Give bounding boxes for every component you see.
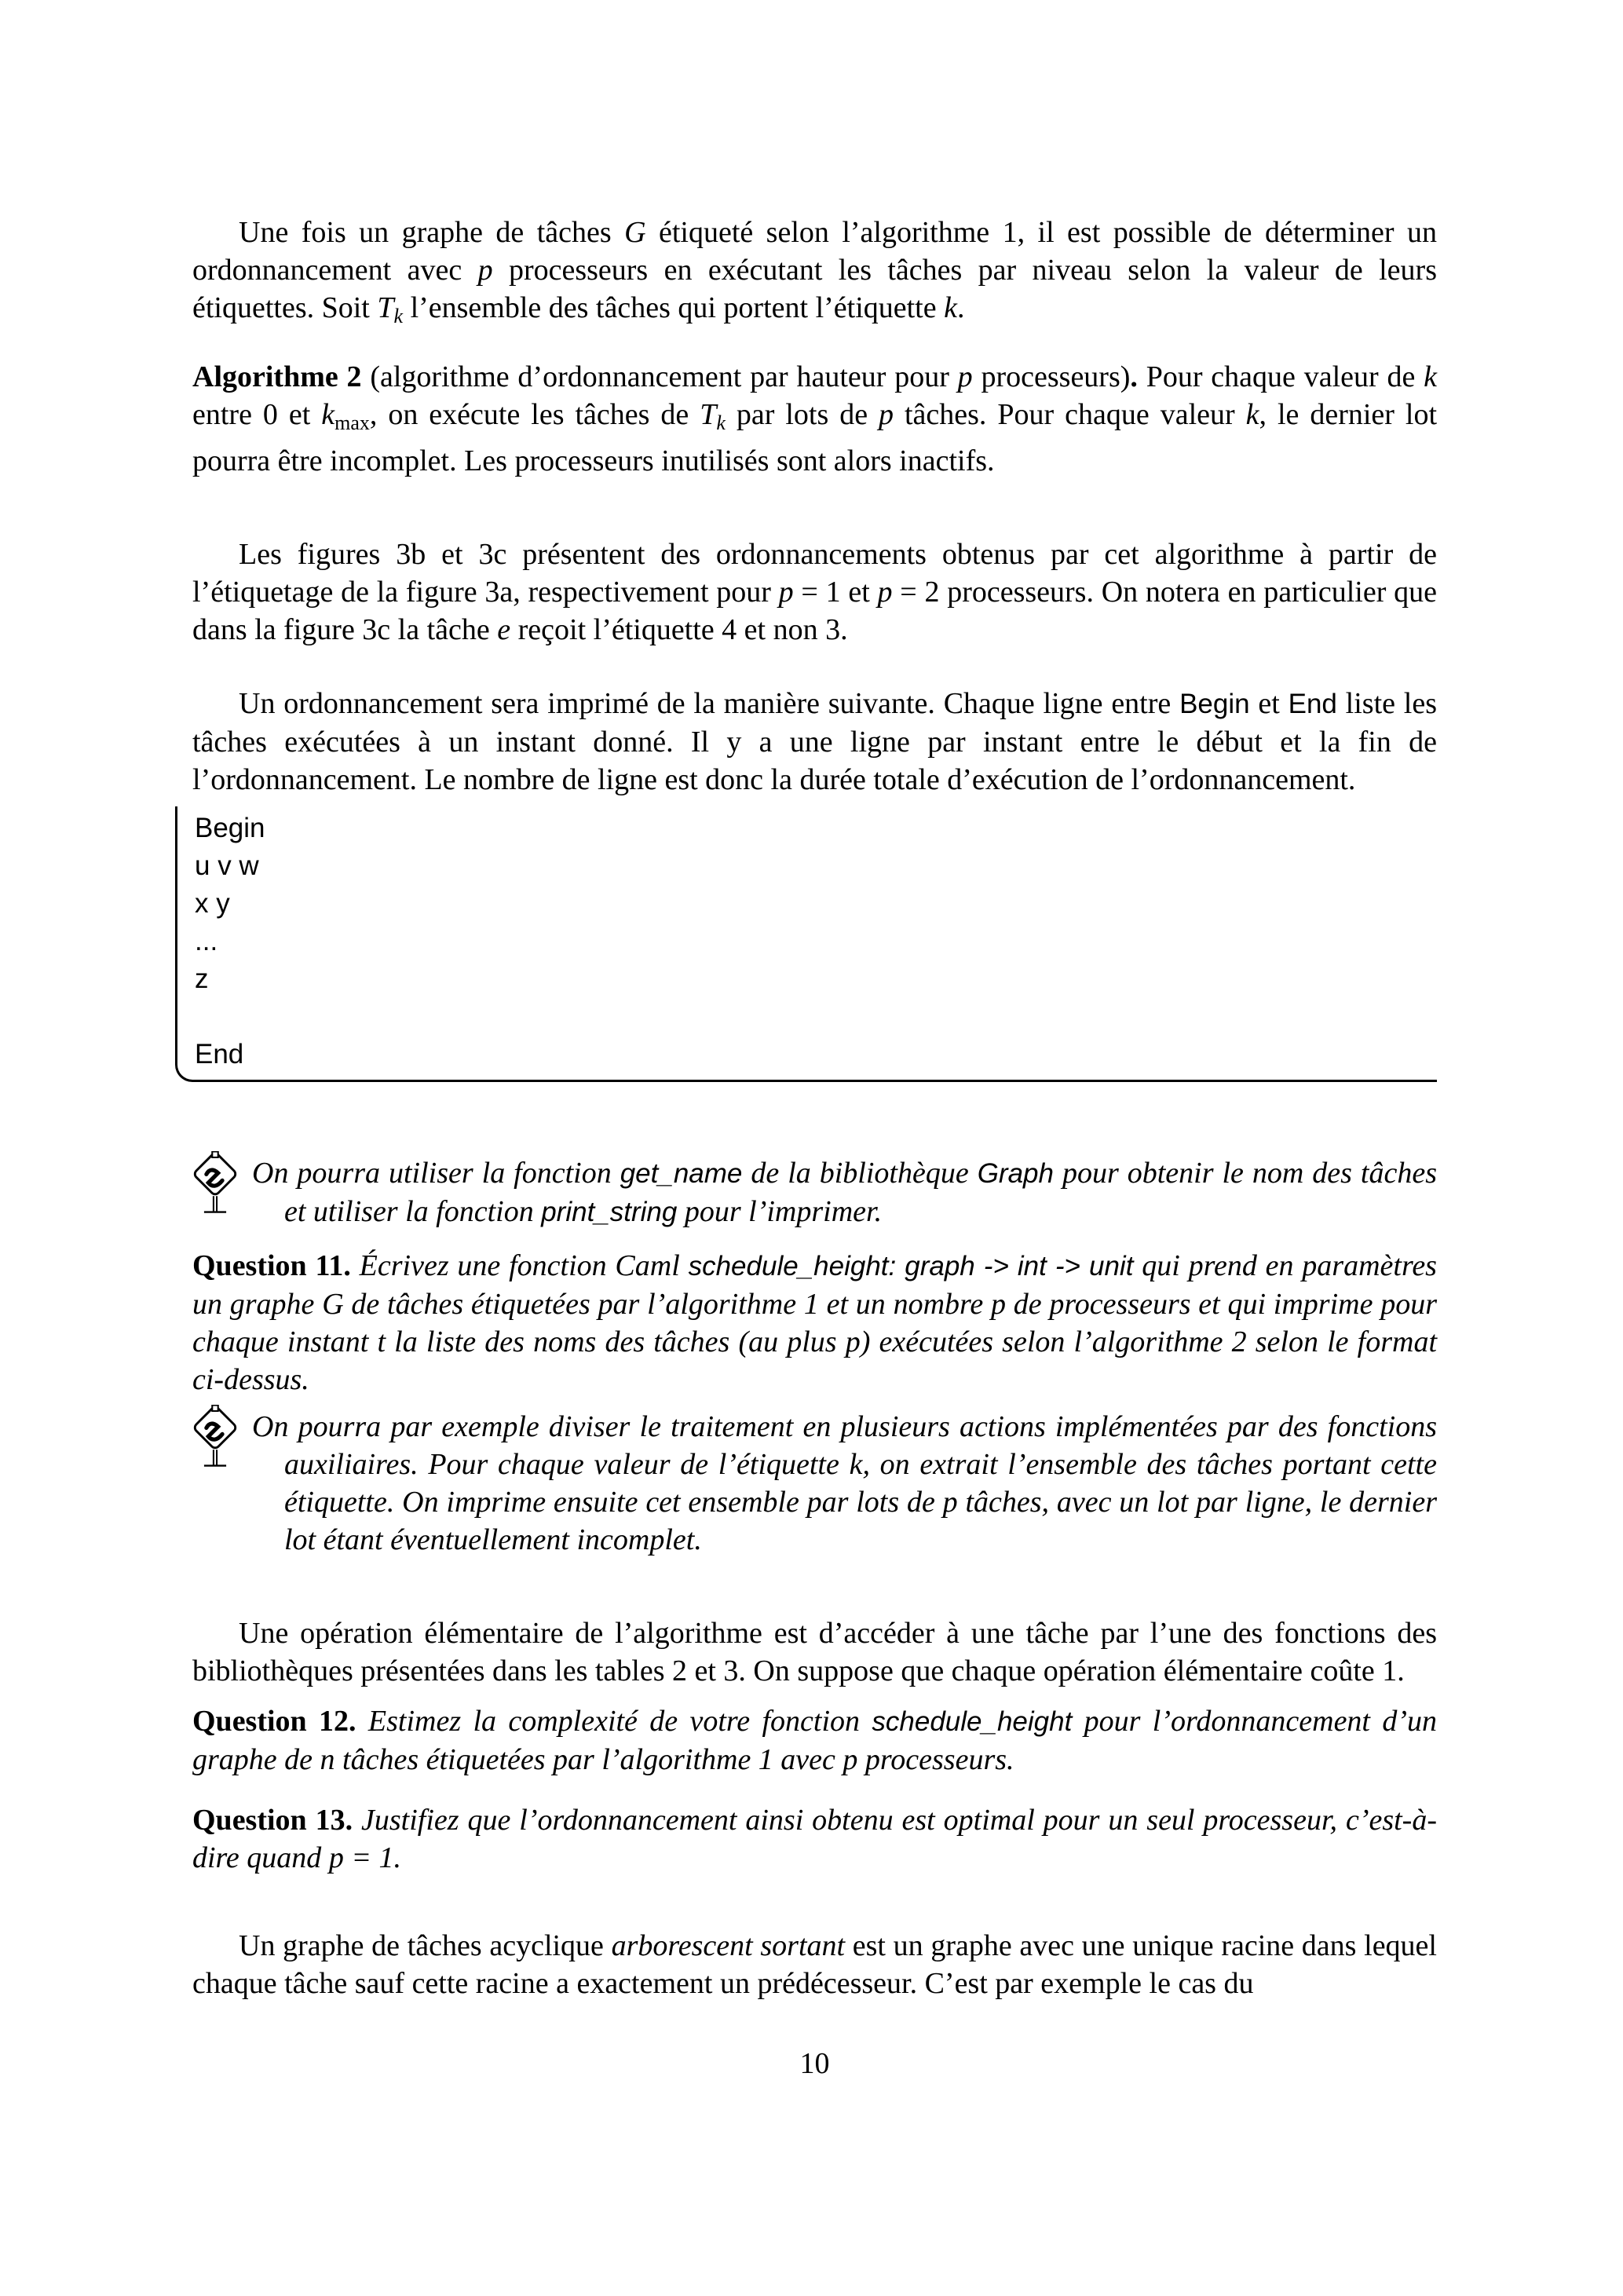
paragraph-print-format: Un ordonnancement sera imprimé de la man… bbox=[192, 685, 1437, 799]
text-segment: Une opération élémentaire de l’algorithm… bbox=[192, 1617, 1437, 1687]
text-segment: Estimez la complexité de votre fonction bbox=[356, 1705, 872, 1738]
code-line: x y bbox=[195, 885, 1437, 923]
text-segment: p bbox=[943, 1486, 958, 1519]
text-segment: processeurs) bbox=[973, 360, 1131, 393]
text-segment: = 1 et bbox=[794, 576, 878, 609]
text-segment: Pour chaque valeur de bbox=[1138, 360, 1424, 393]
text-segment: get_name bbox=[620, 1158, 743, 1189]
text-segment: entre 0 et bbox=[192, 398, 321, 431]
text-segment: schedule_height: graph -> int -> unit bbox=[689, 1251, 1134, 1281]
code-line: End bbox=[195, 1036, 1437, 1073]
text-segment: p bbox=[478, 254, 493, 287]
text-segment: Begin bbox=[1179, 689, 1250, 719]
text-segment: (algorithme d’ordonnancement par hauteur… bbox=[362, 360, 958, 393]
question-12: Question 12. Estimez la complexité de vo… bbox=[192, 1702, 1437, 1779]
text-segment: T bbox=[377, 291, 393, 324]
text-segment: par lots de bbox=[726, 398, 879, 431]
text-segment: p bbox=[958, 360, 973, 393]
text-segment: l’ensemble des tâches qui portent l’étiq… bbox=[403, 291, 944, 324]
text-segment: arborescent sortant bbox=[612, 1929, 845, 1962]
hint-1-text: On pourra utiliser la fonction get_name … bbox=[252, 1157, 1437, 1228]
code-block-schedule-listing: Beginu v wx y...z End bbox=[175, 806, 1437, 1082]
code-line bbox=[195, 998, 1437, 1036]
question-13: Question 13. Justifiez que l’ordonnancem… bbox=[192, 1801, 1437, 1877]
paragraph-figures-3b-3c: Les figures 3b et 3c présentent des ordo… bbox=[192, 536, 1437, 649]
text-segment: de tâches étiquetées par l’algorithme 1 … bbox=[344, 1288, 991, 1321]
hint-2: On pourra par exemple diviser le traitem… bbox=[192, 1408, 1437, 1559]
text-segment: k bbox=[944, 291, 957, 324]
text-segment: max bbox=[334, 411, 370, 434]
text-segment: de la bibliothèque bbox=[742, 1157, 977, 1190]
text-segment: On pourra utiliser la fonction bbox=[252, 1157, 620, 1190]
text-segment: t bbox=[377, 1325, 386, 1358]
text-segment: reçoit l’étiquette 4 et non 3. bbox=[510, 613, 847, 646]
text-segment: p bbox=[991, 1288, 1006, 1321]
text-segment: e bbox=[497, 613, 510, 646]
paragraph-operation-cost: Une opération élémentaire de l’algorithm… bbox=[192, 1614, 1437, 1690]
text-segment: Question 11. bbox=[192, 1249, 351, 1282]
text-segment: Question 12. bbox=[192, 1705, 356, 1738]
dangerous-bend-icon bbox=[192, 1405, 238, 1474]
text-segment: = 1. bbox=[344, 1841, 401, 1874]
page-number: 10 bbox=[192, 2045, 1437, 2082]
text-segment: k bbox=[394, 305, 404, 327]
page-content: Une fois un graphe de tâches G étiqueté … bbox=[192, 0, 1437, 2082]
text-segment: . bbox=[1130, 360, 1138, 393]
code-line: ... bbox=[195, 923, 1437, 960]
text-segment: Une fois un graphe de tâches bbox=[239, 216, 624, 249]
text-segment: processeurs. bbox=[857, 1743, 1014, 1776]
paragraph-arborescent-sortant: Un graphe de tâches acyclique arborescen… bbox=[192, 1927, 1437, 2002]
code-line: u v w bbox=[195, 847, 1437, 885]
text-segment: k bbox=[850, 1448, 863, 1481]
question-11: Question 11. Écrivez une fonction Caml s… bbox=[192, 1247, 1437, 1398]
text-segment: G bbox=[322, 1288, 343, 1321]
text-segment: k bbox=[321, 398, 334, 431]
text-segment: Graph bbox=[978, 1158, 1054, 1189]
text-segment: pour l’imprimer. bbox=[677, 1195, 882, 1228]
hint-1: On pourra utiliser la fonction get_name … bbox=[192, 1154, 1437, 1231]
text-segment: tâches. Pour chaque valeur bbox=[894, 398, 1246, 431]
paragraph-algorithme-2: Algorithme 2 (algorithme d’ordonnancemen… bbox=[192, 358, 1437, 480]
text-segment: p bbox=[779, 576, 794, 609]
text-segment: p bbox=[878, 576, 893, 609]
paragraph-intro: Une fois un graphe de tâches G étiqueté … bbox=[192, 214, 1437, 335]
text-segment: Algorithme 2 bbox=[192, 360, 362, 393]
text-segment: T bbox=[700, 398, 716, 431]
text-segment: Un ordonnancement sera imprimé de la man… bbox=[239, 687, 1179, 720]
text-segment: k bbox=[716, 411, 726, 434]
text-segment: tâches étiquetées par l’algorithme 1 ave… bbox=[335, 1743, 843, 1776]
dangerous-bend-icon bbox=[192, 1151, 238, 1220]
text-segment: Question 13. bbox=[192, 1804, 353, 1837]
text-segment: . bbox=[957, 291, 965, 324]
text-segment: p bbox=[329, 1841, 344, 1874]
text-segment: Un graphe de tâches acyclique bbox=[239, 1929, 612, 1962]
text-segment: p bbox=[843, 1743, 857, 1776]
text-segment: , on exécute les tâches de bbox=[370, 398, 700, 431]
text-segment: Écrivez une fonction Caml bbox=[351, 1249, 689, 1282]
text-segment: la liste des noms des tâches (au plus bbox=[386, 1325, 846, 1358]
code-line: z bbox=[195, 960, 1437, 998]
text-segment: et bbox=[1250, 687, 1289, 720]
text-segment: End bbox=[1289, 689, 1337, 719]
text-segment: p bbox=[846, 1325, 861, 1358]
text-segment: print_string bbox=[541, 1197, 677, 1227]
code-line: Begin bbox=[195, 810, 1437, 847]
text-segment: schedule_height bbox=[872, 1706, 1072, 1737]
text-segment: n bbox=[320, 1743, 335, 1776]
text-segment: p bbox=[879, 398, 894, 431]
document-page: { "page": { "number": "10", "background"… bbox=[0, 0, 1623, 2296]
hint-2-text: On pourra par exemple diviser le traitem… bbox=[252, 1410, 1437, 1556]
text-segment: k bbox=[1246, 398, 1259, 431]
text-segment: k bbox=[1424, 360, 1437, 393]
text-segment: G bbox=[624, 216, 645, 249]
